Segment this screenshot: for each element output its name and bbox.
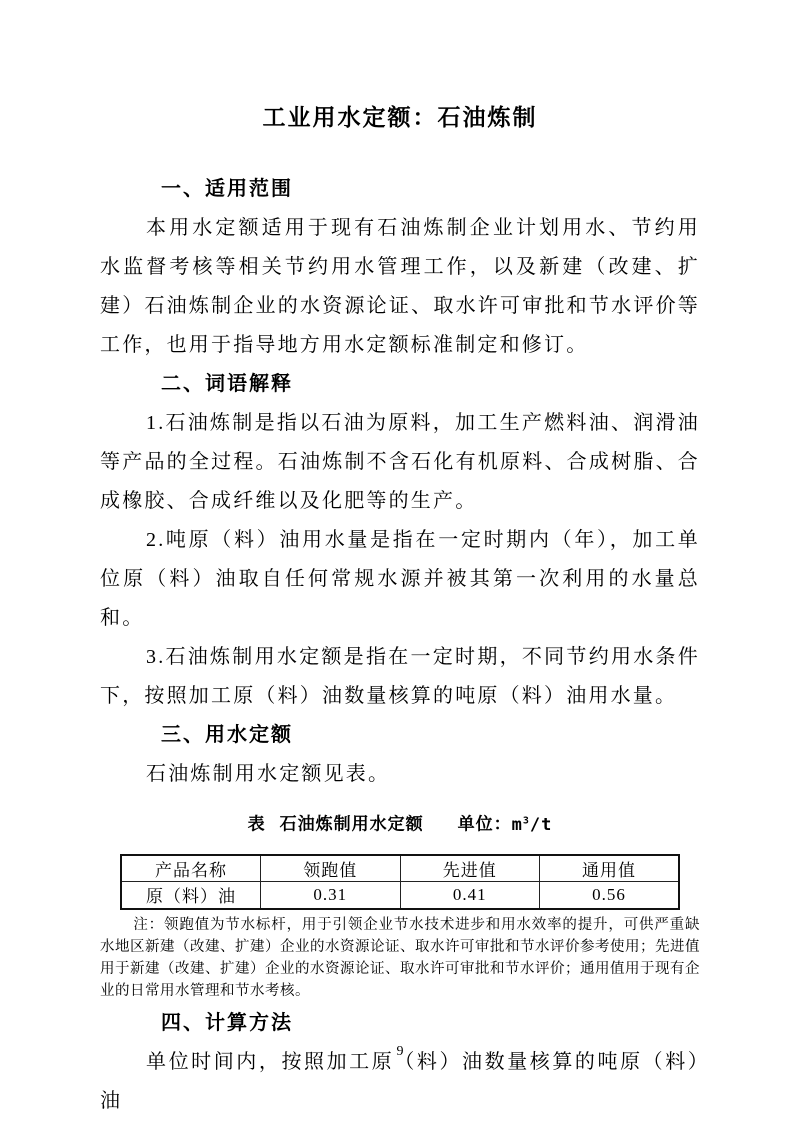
cell-general-value: 0.56 bbox=[540, 882, 680, 909]
table-note: 注：领跑值为节水标杆，用于引领企业节水技术进步和用水效率的提升，可供严重缺水地区… bbox=[100, 914, 700, 1002]
table-header-product: 产品名称 bbox=[121, 855, 261, 882]
paragraph-quota-intro: 石油炼制用水定额见表。 bbox=[100, 755, 700, 794]
paragraph-term-2: 2.吨原（料）油用水量是指在一定时期内（年），加工单位原（料）油取自任何常规水源… bbox=[100, 521, 700, 638]
section-heading-terms: 二、词语解释 bbox=[100, 365, 700, 404]
table-caption-prefix: 表 bbox=[248, 815, 266, 834]
table-row: 原（料）油 0.31 0.41 0.56 bbox=[121, 882, 679, 909]
paragraph-term-3: 3.石油炼制用水定额是指在一定时期，不同节约用水条件下，按照加工原（料）油数量核… bbox=[100, 638, 700, 716]
table-header-leading: 领跑值 bbox=[261, 855, 401, 882]
table-caption-unit-label: 单位： bbox=[458, 815, 512, 834]
page-number: 9 bbox=[0, 1044, 800, 1060]
cell-leading-value: 0.31 bbox=[261, 882, 401, 909]
table-caption-unit: m3/t bbox=[512, 815, 553, 835]
section-heading-calculation: 四、计算方法 bbox=[100, 1004, 700, 1043]
document-content: 工业用水定额：石油炼制 一、适用范围 本用水定额适用于现有石油炼制企业计划用水、… bbox=[100, 0, 700, 1121]
table-caption-title: 石油炼制用水定额 bbox=[280, 815, 424, 834]
paragraph-term-1: 1.石油炼制是指以石油为原料，加工生产燃料油、润滑油等产品的全过程。石油炼制不含… bbox=[100, 404, 700, 521]
unit-superscript: 3 bbox=[523, 815, 530, 826]
cell-advanced-value: 0.41 bbox=[400, 882, 540, 909]
section-heading-quota: 三、用水定额 bbox=[100, 716, 700, 755]
table-header-row: 产品名称 领跑值 先进值 通用值 bbox=[121, 855, 679, 882]
table-caption: 表石油炼制用水定额单位：m3/t bbox=[100, 808, 700, 838]
table-header-general: 通用值 bbox=[540, 855, 680, 882]
page-title: 工业用水定额：石油炼制 bbox=[100, 98, 700, 138]
paragraph-scope: 本用水定额适用于现有石油炼制企业计划用水、节约用水监督考核等相关节约用水管理工作… bbox=[100, 209, 700, 365]
section-heading-scope: 一、适用范围 bbox=[100, 170, 700, 209]
document-page: 工业用水定额：石油炼制 一、适用范围 本用水定额适用于现有石油炼制企业计划用水、… bbox=[0, 0, 800, 1131]
cell-product-name: 原（料）油 bbox=[121, 882, 261, 909]
quota-table: 产品名称 领跑值 先进值 通用值 原（料）油 0.31 0.41 0.56 bbox=[120, 854, 680, 910]
table-header-advanced: 先进值 bbox=[400, 855, 540, 882]
